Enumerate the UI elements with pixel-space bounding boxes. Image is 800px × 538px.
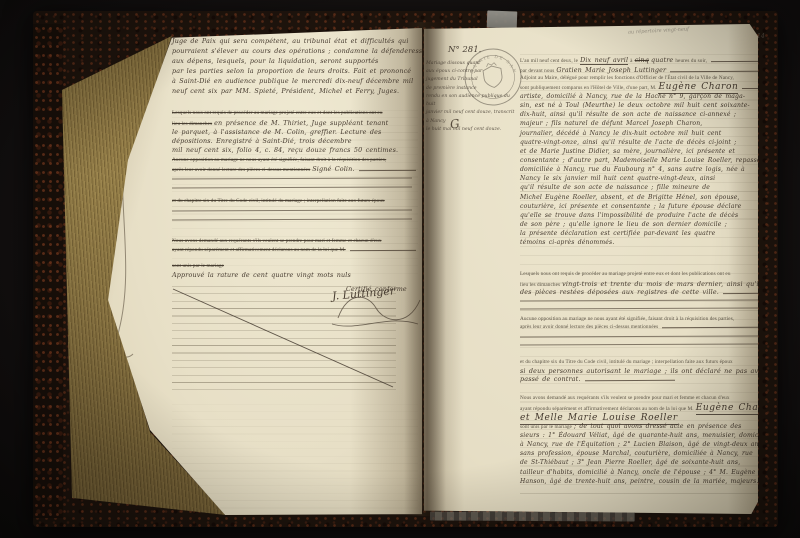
margin-note-line: janvier mil neuf cent douze, transcrit à… bbox=[426, 109, 518, 125]
handwritten-signature-note: Signé Colin. bbox=[312, 166, 354, 172]
printed-text: et du chapitre six du Titre du Code civi… bbox=[520, 360, 733, 365]
printed-text: et du chapitre six du Titre du Code civi… bbox=[172, 199, 385, 204]
printed-text: Nous avons demandé aux requérants s'ils … bbox=[520, 396, 730, 401]
consent-line2: ayant répondu séparément et affirmativem… bbox=[172, 248, 418, 253]
scanned-register-photo: Divorce Juge de Paix qui sera compétent,… bbox=[0, 0, 800, 538]
overflow-act-text: Juge de Paix qui sera compétent, au trib… bbox=[172, 38, 426, 98]
handwritten-date: Dix neuf avril bbox=[580, 57, 628, 65]
margin-paraph: G bbox=[449, 117, 460, 130]
struck-handwriting: cinq bbox=[635, 57, 649, 63]
printed-text: Aucune opposition au mariage ne nous aya… bbox=[520, 317, 734, 322]
printed-text: Adjoint au Maire, délégué pour remplir l… bbox=[520, 76, 734, 81]
faint-ruled-lines bbox=[172, 404, 418, 512]
printed-text: après leur avoir donné lecture des pièce… bbox=[172, 168, 310, 173]
diagonal-cancellation-line bbox=[172, 286, 396, 390]
opposition-paragraph: Aucune opposition au mariage ne nous aya… bbox=[172, 158, 418, 163]
handwritten-line: ; de tout quoi avons dressé acte en prés… bbox=[574, 424, 741, 430]
handwritten-officer-name: Gratien Marie Joseph Luttinger bbox=[556, 67, 666, 73]
printed-text: par devant nous bbox=[520, 69, 554, 74]
chapter-paragraph: et du chapitre six du Titre du Code civi… bbox=[520, 360, 760, 365]
printed-text: Lesquels nous ont requis de procéder au … bbox=[172, 111, 383, 116]
consent-paragraph: Nous avons demandé aux requérants s'ils … bbox=[520, 396, 760, 401]
pen-filler-line bbox=[359, 170, 416, 171]
handwritten-hour: quatre bbox=[651, 57, 673, 63]
margin-note-line: le huit mai mil neuf cent douze. bbox=[426, 126, 518, 134]
right-page: au répertoire vingt-neuf N° 281. Mariage… bbox=[424, 24, 758, 514]
chapter-paragraph: et du chapitre six du Titre du Code civi… bbox=[172, 199, 418, 204]
printed-text: L'an mil neuf cent deux, le bbox=[520, 59, 578, 64]
opposition-line2: après leur avoir donné lecture des pièce… bbox=[172, 166, 418, 173]
pen-filler-line bbox=[711, 61, 758, 62]
handwritten-line: des pièces restées déposées aux registre… bbox=[520, 289, 719, 295]
printed-text: Lesquels nous ont requis de procéder au … bbox=[520, 272, 731, 277]
handwritten-line: si deux personnes autorisant le mariage … bbox=[520, 368, 768, 374]
chapter-hw2: passé de contrat. bbox=[520, 376, 760, 383]
role-line1: Adjoint au Maire, délégué pour remplir l… bbox=[520, 76, 760, 81]
handwritten-line: Approuvé la rature de cent quatre vingt … bbox=[172, 272, 351, 278]
handwritten-line: mil neuf cent six, folio 4, c. 84, reçu … bbox=[172, 147, 398, 156]
folio-number: 14 bbox=[757, 34, 765, 40]
handwritten-line: vingt-trois et trente du mois de mars de… bbox=[562, 281, 788, 287]
printed-text: heures du soir, bbox=[675, 59, 707, 64]
printed-text: Nous avons demandé aux requérants s'ils … bbox=[172, 239, 382, 244]
handwritten-line: neuf cent six par MM. Spieté, Président,… bbox=[172, 88, 426, 98]
opening-date-line: L'an mil neuf cent deux, le Dix neuf avr… bbox=[520, 57, 760, 65]
book-spine-edge bbox=[33, 24, 63, 518]
printed-text: sont publiquement comparus en l'Hôtel de… bbox=[520, 86, 656, 91]
printed-text: ayant répondu séparément et affirmativem… bbox=[172, 248, 346, 253]
handwritten-line: Hanson, âgé de trente-huit ans, peintre,… bbox=[520, 479, 769, 488]
pen-filler-line bbox=[585, 380, 675, 381]
pen-filler-line bbox=[662, 327, 758, 329]
united-line: sont unis par le mariage bbox=[172, 264, 418, 269]
handwritten-line: passé de contrat. bbox=[520, 376, 581, 382]
printed-text: sont unis par le mariage bbox=[172, 264, 224, 269]
officer-line: par devant nous Gratien Marie Joseph Lut… bbox=[520, 67, 760, 74]
handwritten-groom-name: Eugène Charon bbox=[658, 83, 738, 94]
role-line2: sont publiquement comparus en l'Hôtel de… bbox=[520, 83, 760, 94]
opposition-paragraph: Aucune opposition au mariage ne nous aya… bbox=[520, 317, 760, 322]
publications-line3: des pièces restées déposées aux registre… bbox=[520, 289, 760, 296]
printed-text: à bbox=[630, 59, 632, 64]
pen-filler-line bbox=[670, 71, 758, 72]
publications-handwritten: le parquet, à l'assistance de M. Colin, … bbox=[172, 129, 398, 156]
printed-text: Aucune opposition au mariage ne nous aya… bbox=[172, 158, 386, 163]
consent-paragraph: Nous avons demandé aux requérants s'ils … bbox=[172, 239, 418, 244]
right-page-text: L'an mil neuf cent deux, le Dix neuf avr… bbox=[520, 24, 760, 514]
pen-filler-line bbox=[723, 293, 758, 294]
official-stamp: MAIRIE DE NANCY bbox=[458, 42, 528, 112]
pen-filler-line bbox=[742, 88, 758, 89]
pen-filler-line bbox=[350, 250, 416, 251]
chapter-hw1: si deux personnes autorisant le mariage … bbox=[520, 368, 760, 374]
printed-text: lieu les dimanches bbox=[172, 122, 212, 127]
publications-line2: lieu les dimanches en présence de M. Thi… bbox=[172, 120, 418, 127]
witness-list: sieurs : 1° Édouard Véliat, âgé de quara… bbox=[520, 433, 769, 488]
act-body: artiste, domicilié à Nancy, rue de la Ha… bbox=[520, 94, 774, 249]
publications-paragraph: Lesquels nous ont requis de procéder au … bbox=[172, 111, 418, 116]
spine-tape-label bbox=[487, 10, 518, 28]
handwritten-line: en présence de M. Thiriet, Juge suppléan… bbox=[214, 120, 388, 126]
handwritten-line: témoins ci-après dénommés. bbox=[520, 240, 774, 249]
printed-text: après leur avoir donné lecture des pièce… bbox=[520, 325, 658, 330]
united-line: sont unis par le mariage ; de tout quoi … bbox=[520, 424, 760, 430]
printed-text: ayant répondu séparément et affirmativem… bbox=[520, 407, 694, 412]
printed-text: sont unis par le mariage bbox=[520, 425, 572, 430]
opposition-line2: après leur avoir donné lecture des pièce… bbox=[520, 325, 760, 330]
binding-tail-strip bbox=[430, 511, 635, 521]
publications-paragraph: Lesquels nous ont requis de procéder au … bbox=[520, 272, 760, 277]
left-page-text: Juge de Paix qui sera compétent, au trib… bbox=[172, 26, 418, 518]
